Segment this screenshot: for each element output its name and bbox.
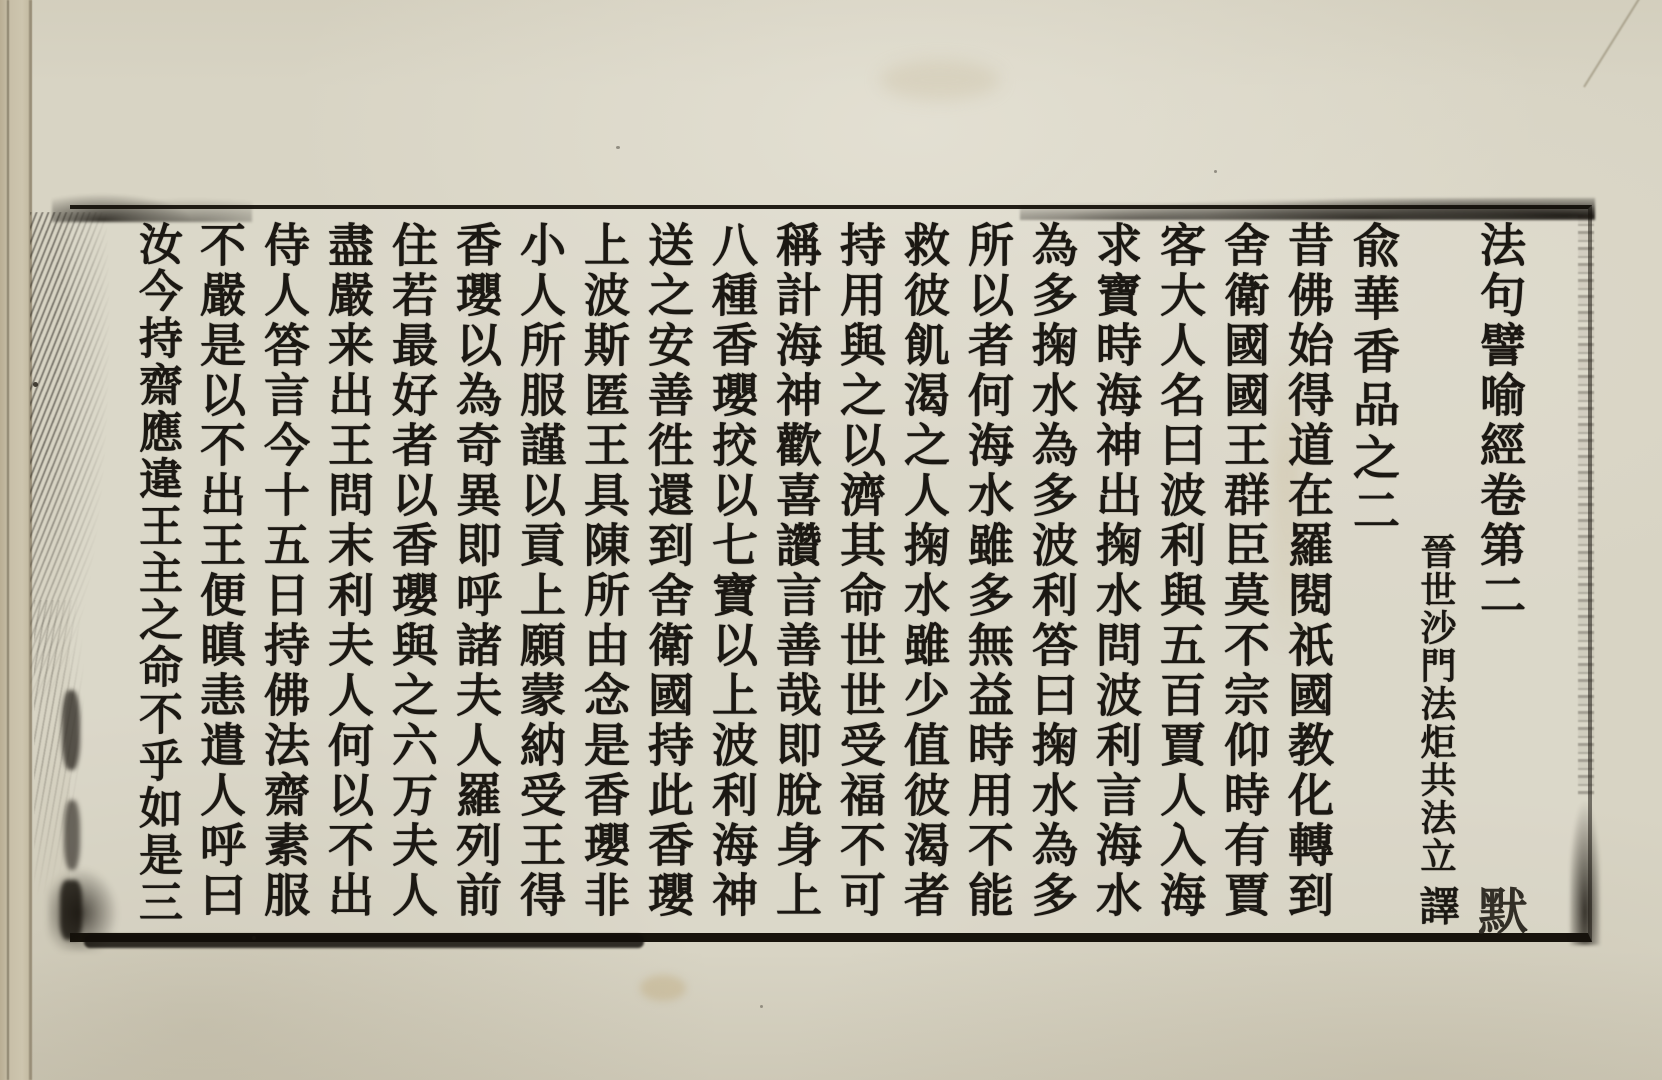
text-column: 救彼飢渴之人掬水雖少值彼渴者 [892,221,956,933]
translator-column: 晉世沙門法炬共法立譯 [1404,221,1468,933]
text-column: 為多掬水為多波利答曰掬水為多 [1020,221,1084,933]
sutra-text-block: 法句譬喻經卷第二 晉世沙門法炬共法立譯 兪華香品之二 昔佛始得道在羅閱祇國教化轉… [70,209,1584,933]
text-column: 香瓔以為奇異即呼諸夫人羅列前 [444,221,508,933]
text-column: 住若最好者以香瓔與之六万夫人 [380,221,444,933]
canon-case-mark: 默 [1478,872,1528,944]
scanned-sutra-page: { "colors": { "paper": "#d8d4c4", "paper… [0,0,1662,1080]
paper-stain [880,60,1000,100]
binding-crease-line [29,0,32,1080]
text-column: 上波斯匿王具陳所由念是香瓔非 [572,221,636,933]
paper-stain [640,975,686,1001]
binding-edge [0,0,32,1080]
ink-speck [252,936,256,940]
text-column: 八種香瓔挍以七寶以上波利海神 [700,221,764,933]
paper-corner-edge [1583,0,1662,88]
text-column: 汝今持齋應違王主之命不乎如是三 [124,221,188,933]
text-column: 不嚴是以不出王便瞋恚遣人呼曰 [188,221,252,933]
sutra-title-column: 法句譬喻經卷第二 [1468,221,1532,933]
text-column: 昔佛始得道在羅閱祇國教化轉到 [1276,221,1340,933]
translator-role: 譯 [1404,885,1468,927]
text-column: 持用與之以濟其命世世受福不可 [828,221,892,933]
ink-speck [33,382,38,387]
text-column: 所以者何海水雖多無益時用不能 [956,221,1020,933]
ink-speck [616,146,620,149]
text-column: 求寶時海神出掬水問波利言海水 [1084,221,1148,933]
binding-crease-line [7,0,9,1080]
text-column: 稱計海神歡喜讚言善哉即脫身上 [764,221,828,933]
translator-names: 晉世沙門法炬共法立 [1415,533,1457,875]
text-column: 客大人名曰波利與五百賈人入海 [1148,221,1212,933]
chapter-heading-column: 兪華香品之二 [1340,221,1404,933]
ink-speck [1214,170,1217,173]
text-column: 侍人答言今十五日持佛法齋素服 [252,221,316,933]
text-column: 舍衛國國王群臣莫不宗仰時有賈 [1212,221,1276,933]
text-column: 小人所服謹以貢上願蒙納受王得 [508,221,572,933]
text-column: 盡嚴来出王問末利夫人何以不出 [316,221,380,933]
ink-speck [760,1005,763,1008]
text-column: 送之安善徃還到舍衛國持此香瓔 [636,221,700,933]
